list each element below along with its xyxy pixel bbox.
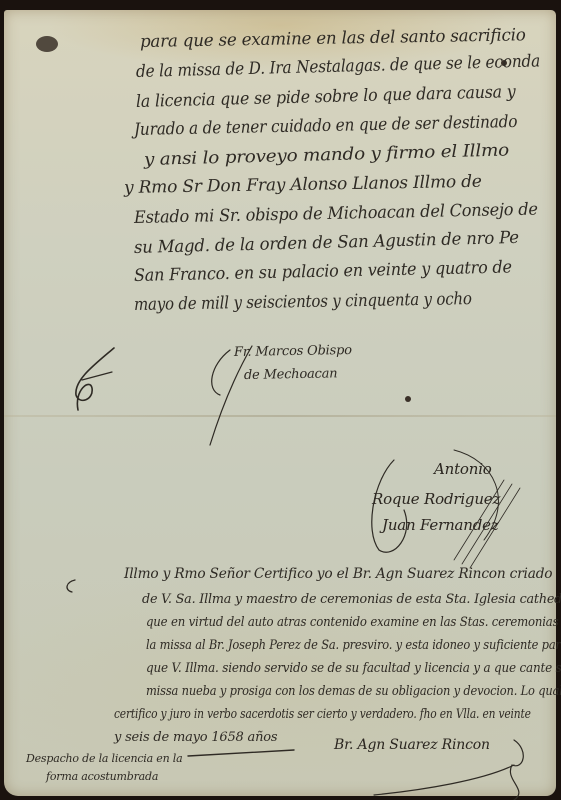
- margin-flourish-icon: [64, 340, 124, 420]
- manuscript-page: para que se examine en las del santo sac…: [4, 10, 556, 796]
- margin-c-mark-icon: [60, 576, 80, 596]
- date-underline-icon: [184, 742, 304, 762]
- text-line: de V. Sa. Illma y maestro de ceremonias …: [142, 592, 561, 607]
- ink-blot: [36, 36, 58, 52]
- signature-flourish-icon: [334, 440, 534, 570]
- text-line: su Magd. de la orden de San Agustin de n…: [134, 228, 519, 258]
- text-line: Estado mi Sr. obispo de Michoacan del Co…: [134, 200, 538, 228]
- text-line: que V. Illma. siendo servido se de su fa…: [146, 661, 561, 676]
- ink-dot: [405, 396, 411, 402]
- notary-flourish-icon: [364, 735, 544, 800]
- margin-note-line: Despacho de la licencia en la: [26, 752, 182, 765]
- text-line: la missa al Br. Joseph Perez de Sa. pres…: [146, 638, 561, 653]
- text-line: San Franco. en su palacio en veinte y qu…: [134, 257, 512, 286]
- text-line: para que se examine en las del santo sac…: [140, 25, 526, 52]
- signature-flourish-icon: [200, 340, 260, 450]
- text-line: missa nueba y prosiga con los demas de s…: [146, 684, 561, 699]
- text-line: Illmo y Rmo Señor Certifico yo el Br. Ag…: [124, 566, 552, 582]
- text-line: certifico y juro in verbo sacerdotis ser…: [114, 707, 531, 722]
- text-line: Jurado a de tener cuidado en que de ser …: [134, 112, 518, 140]
- text-line: y ansi lo proveyo mando y firmo el Illmo: [144, 140, 510, 170]
- text-line: mayo de mill y seiscientos y cinquenta y…: [134, 289, 472, 315]
- text-line: la licencia que se pide sobre lo que dar…: [136, 82, 516, 112]
- text-line: que en virtud del auto atras contenido e…: [146, 615, 561, 630]
- margin-note-line: forma acostumbrada: [46, 770, 158, 783]
- text-line: de la missa de D. Ira Nestalagas. de que…: [136, 51, 541, 82]
- text-line: y Rmo Sr Don Fray Alonso Llanos Illmo de: [124, 172, 482, 198]
